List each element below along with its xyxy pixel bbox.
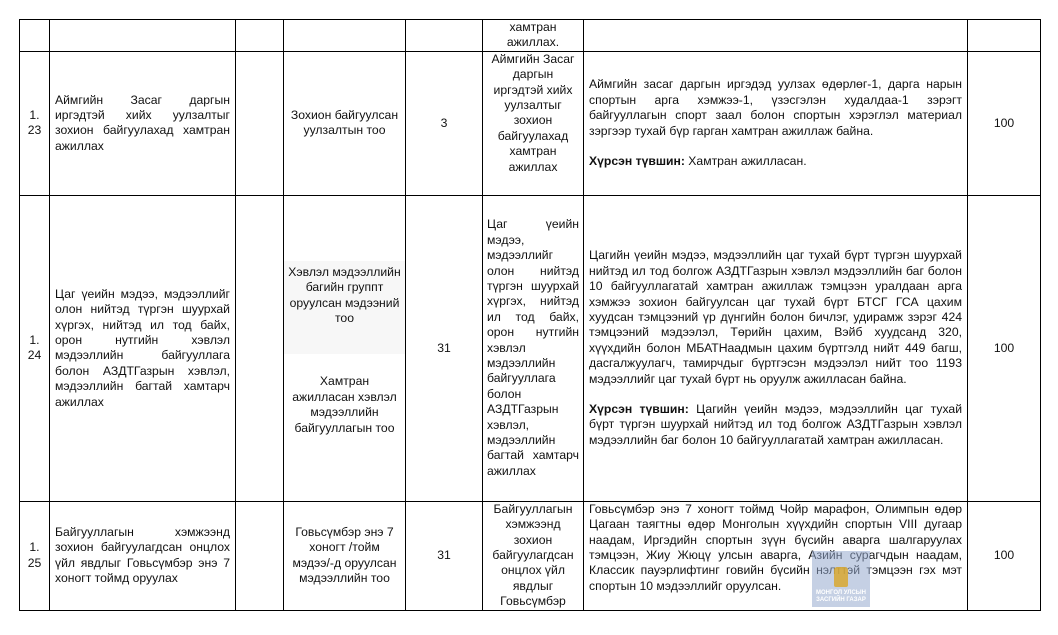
soyombo-emblem-icon [834, 567, 848, 587]
percent-cell: 100 [968, 195, 1041, 501]
table-row: 1. 24 Цаг үеийн мэдээ, мэдээллийг олон н… [20, 195, 1041, 501]
achieved-result-cell [584, 20, 968, 52]
achieved-level-label: Хүрсэн түвшин: [589, 402, 689, 416]
watermark-line-2: ЗАСГИЙН ГАЗАР [816, 597, 866, 604]
row-number: 1. 24 [20, 195, 50, 501]
row-number: 1. 25 [20, 501, 50, 610]
government-watermark: МОНГОЛ УЛСЫН ЗАСГИЙН ГАЗАР [812, 551, 870, 607]
achieved-result-text: Аймгийн засаг даргын иргэдэд уулзах өдөр… [589, 77, 962, 139]
row-number: 1. 23 [20, 51, 50, 195]
activity-cell: Цаг үеийн мэдээ, мэдээллийг олон нийтэд … [50, 195, 236, 501]
target-cell: 31 [406, 501, 483, 610]
percent-cell: 100 [968, 501, 1041, 610]
expected-result-text: хамтран ажиллах. [488, 20, 578, 51]
indicator-cell [284, 20, 406, 52]
achieved-result-text: Цагийн үеийн мэдээ, мэдээллийн цаг тухай… [589, 248, 962, 387]
table-row: 1. 23 Аймгийн Засаг даргын иргэдтэй хийх… [20, 51, 1041, 195]
expected-result-cell: Аймгийн Засаг даргын иргэдтэй хийх уулза… [483, 51, 584, 195]
target-cell: 3 [406, 51, 483, 195]
indicator-primary: Хэвлэл мэдээллийн багийн группт оруулсан… [284, 261, 406, 355]
target-cell [406, 20, 483, 52]
expected-result-cell: хамтран ажиллах. [483, 20, 584, 52]
achieved-result-text: Говьсүмбэр энэ 7 хоногт тоймд Чойр мараф… [589, 502, 962, 594]
table-row: 1. 25 Байгууллагын хэмжээнд зохион байгу… [20, 501, 1041, 610]
report-table: хамтран ажиллах. 1. 23 Аймгийн Засаг дар… [19, 19, 1041, 611]
achieved-level-text: Хамтран ажилласан. [685, 154, 807, 168]
expected-result-text: Аймгийн Засаг даргын иргэдтэй хийх уулза… [488, 52, 578, 175]
expected-result-text: Цаг үеийн мэдээ, мэдээллийг олон нийтэд … [487, 217, 579, 478]
indicator-cell: Хэвлэл мэдээллийн багийн группт оруулсан… [284, 195, 406, 501]
target-cell: 31 [406, 195, 483, 501]
activity-cell: Аймгийн Засаг даргын иргэдтэй хийх уулза… [50, 51, 236, 195]
achieved-result-cell: Цагийн үеийн мэдээ, мэдээллийн цаг тухай… [584, 195, 968, 501]
watermark-line-1: МОНГОЛ УЛСЫН [816, 590, 866, 597]
achieved-result-cell: Говьсүмбэр энэ 7 хоногт тоймд Чойр мараф… [584, 501, 968, 610]
row-number [20, 20, 50, 52]
blank-cell [236, 195, 284, 501]
expected-result-cell: Байгууллагын хэмжээнд зохион байгуулагдс… [483, 501, 584, 610]
achieved-level-label: Хүрсэн түвшин: [589, 154, 685, 168]
activity-cell [50, 20, 236, 52]
percent-cell [968, 20, 1041, 52]
percent-cell: 100 [968, 51, 1041, 195]
expected-result-text: Байгууллагын хэмжээнд зохион байгуулагдс… [488, 502, 578, 610]
activity-cell: Байгууллагын хэмжээнд зохион байгуулагдс… [50, 501, 236, 610]
indicator-cell: Зохион байгуулсан уулзалтын тоо [284, 51, 406, 195]
achieved-result-cell: Аймгийн засаг даргын иргэдэд уулзах өдөр… [584, 51, 968, 195]
expected-result-cell: Цаг үеийн мэдээ, мэдээллийг олон нийтэд … [483, 195, 584, 501]
blank-cell [236, 501, 284, 610]
blank-cell [236, 20, 284, 52]
indicator-cell: Говьсүмбэр энэ 7 хоногт /тойм мэдээ/-д о… [284, 501, 406, 610]
table-row: хамтран ажиллах. [20, 20, 1041, 52]
achieved-level: Хүрсэн түвшин: Хамтран ажилласан. [589, 154, 962, 169]
blank-cell [236, 51, 284, 195]
achieved-level: Хүрсэн түвшин: Цагийн үеийн мэдээ, мэдээ… [589, 402, 962, 448]
indicator-secondary: Хамтран ажилласан хэвлэл мэдээллийн байг… [289, 374, 400, 436]
